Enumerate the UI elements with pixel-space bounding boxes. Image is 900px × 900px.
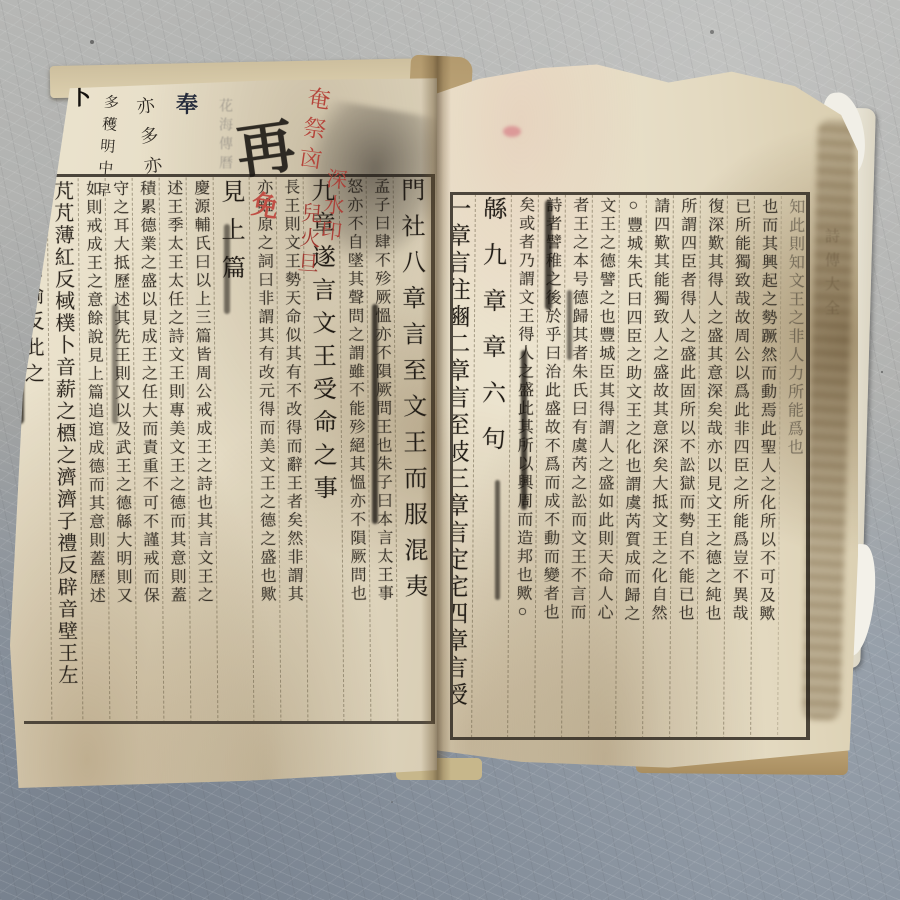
text-column: 也而其興起之勢蹶然而動焉此聖人之化所以不可及歟	[750, 196, 781, 740]
text-column: 芃芃薄紅反棫樸卜音薪之槱之濟濟子禮反辟音壁王左	[47, 178, 83, 724]
text-column: 所謂四臣者得人之盛此固所以不訟獄而勢自不能已也	[669, 195, 700, 739]
text-column: 慶源輔氏曰以上三篇皆周公戒成王之詩也其言文王之	[186, 177, 218, 723]
text-column: 請四歎其能獨致人之盛故其意深矣大抵文王之化自然	[642, 195, 673, 739]
pink-ink-smudge	[503, 126, 521, 137]
right-text-frame: 知此則知文王之非人力所能爲也也而其興起之勢蹶然而動焉此聖人之化所以不可及歟已所能…	[450, 192, 810, 740]
grime-band	[802, 120, 856, 721]
ink-blotch	[495, 480, 500, 600]
ink-blotch	[545, 200, 552, 310]
text-column: 如則戒成王之意餘說見上篇追逭成德而其意則蓋歷述	[78, 178, 110, 724]
text-column: 積累德業之盛以見成王之任大而責重不可不謹戒而保	[132, 178, 164, 724]
text-column: 見上篇	[213, 177, 254, 723]
ink-blotch	[521, 350, 527, 510]
ink-blotch	[112, 304, 118, 424]
text-column: 已所能獨致哉故周公以爲此非四臣之所能爲豈不異哉	[723, 196, 754, 740]
text-column: 一章言往豳二章言至岐三章言定宅四章言授	[450, 194, 475, 738]
text-column: 守之耳大抵歷述其先王則又以及武王之德緜大明則又	[105, 178, 137, 724]
text-column: 復深歎其得人之盛其意深矣哉亦以見文王之德之純也	[696, 195, 727, 739]
text-column: ○豐城朱氏曰四臣之助文王之化也謂虞芮質成而歸之	[615, 195, 646, 739]
handwritten-annotation: 奉	[176, 88, 198, 119]
fore-edge-ghost-title: 詩傳大全	[821, 228, 842, 324]
dust-specks	[90, 40, 94, 44]
text-column: 亦雖原之詞曰非謂其有改元得而美文王之德之盛也歟	[249, 177, 281, 723]
right-columns: 知此則知文王之非人力所能爲也也而其興起之勢蹶然而動焉此聖人之化所以不可及歟已所能…	[451, 194, 808, 738]
handwritten-annotation: 兒火旦	[291, 201, 326, 278]
text-column: 緜九章章六句	[471, 194, 511, 738]
ink-blotch	[224, 224, 230, 314]
text-column: 者王之本号德歸其者朱氏曰有虞芮之訟而文王不言而	[561, 195, 592, 739]
left-page: 下多穫明中早亦多亦奉花海傳曆再奄祭㐫深水印免兒火旦 門社八章言至文王而服混夷孟子…	[10, 74, 437, 788]
right-page: 詩傳大全 知此則知文王之非人力所能爲也也而其興起之勢蹶然而動焉此聖人之化所以不可…	[437, 50, 858, 772]
photo-of-open-antique-book: 下多穫明中早亦多亦奉花海傳曆再奄祭㐫深水印免兒火旦 門社八章言至文王而服混夷孟子…	[0, 0, 900, 900]
text-column: 述王季太王太任之詩文王則專美文王之德而其意則蓋	[159, 177, 191, 723]
handwritten-annotation: 再	[230, 98, 299, 189]
ink-blotch	[567, 290, 572, 360]
ink-blotch	[372, 304, 378, 524]
text-column: 文王之德譬之也豐城臣其得謂人之盛如此則天命人心	[588, 195, 619, 739]
